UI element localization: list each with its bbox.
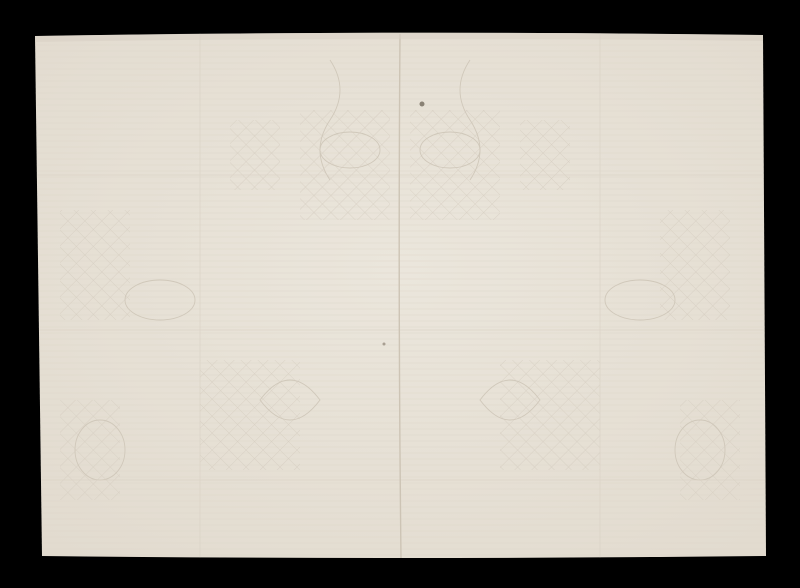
- quilt-fabric: [30, 28, 770, 563]
- quilt-photo: [0, 0, 800, 588]
